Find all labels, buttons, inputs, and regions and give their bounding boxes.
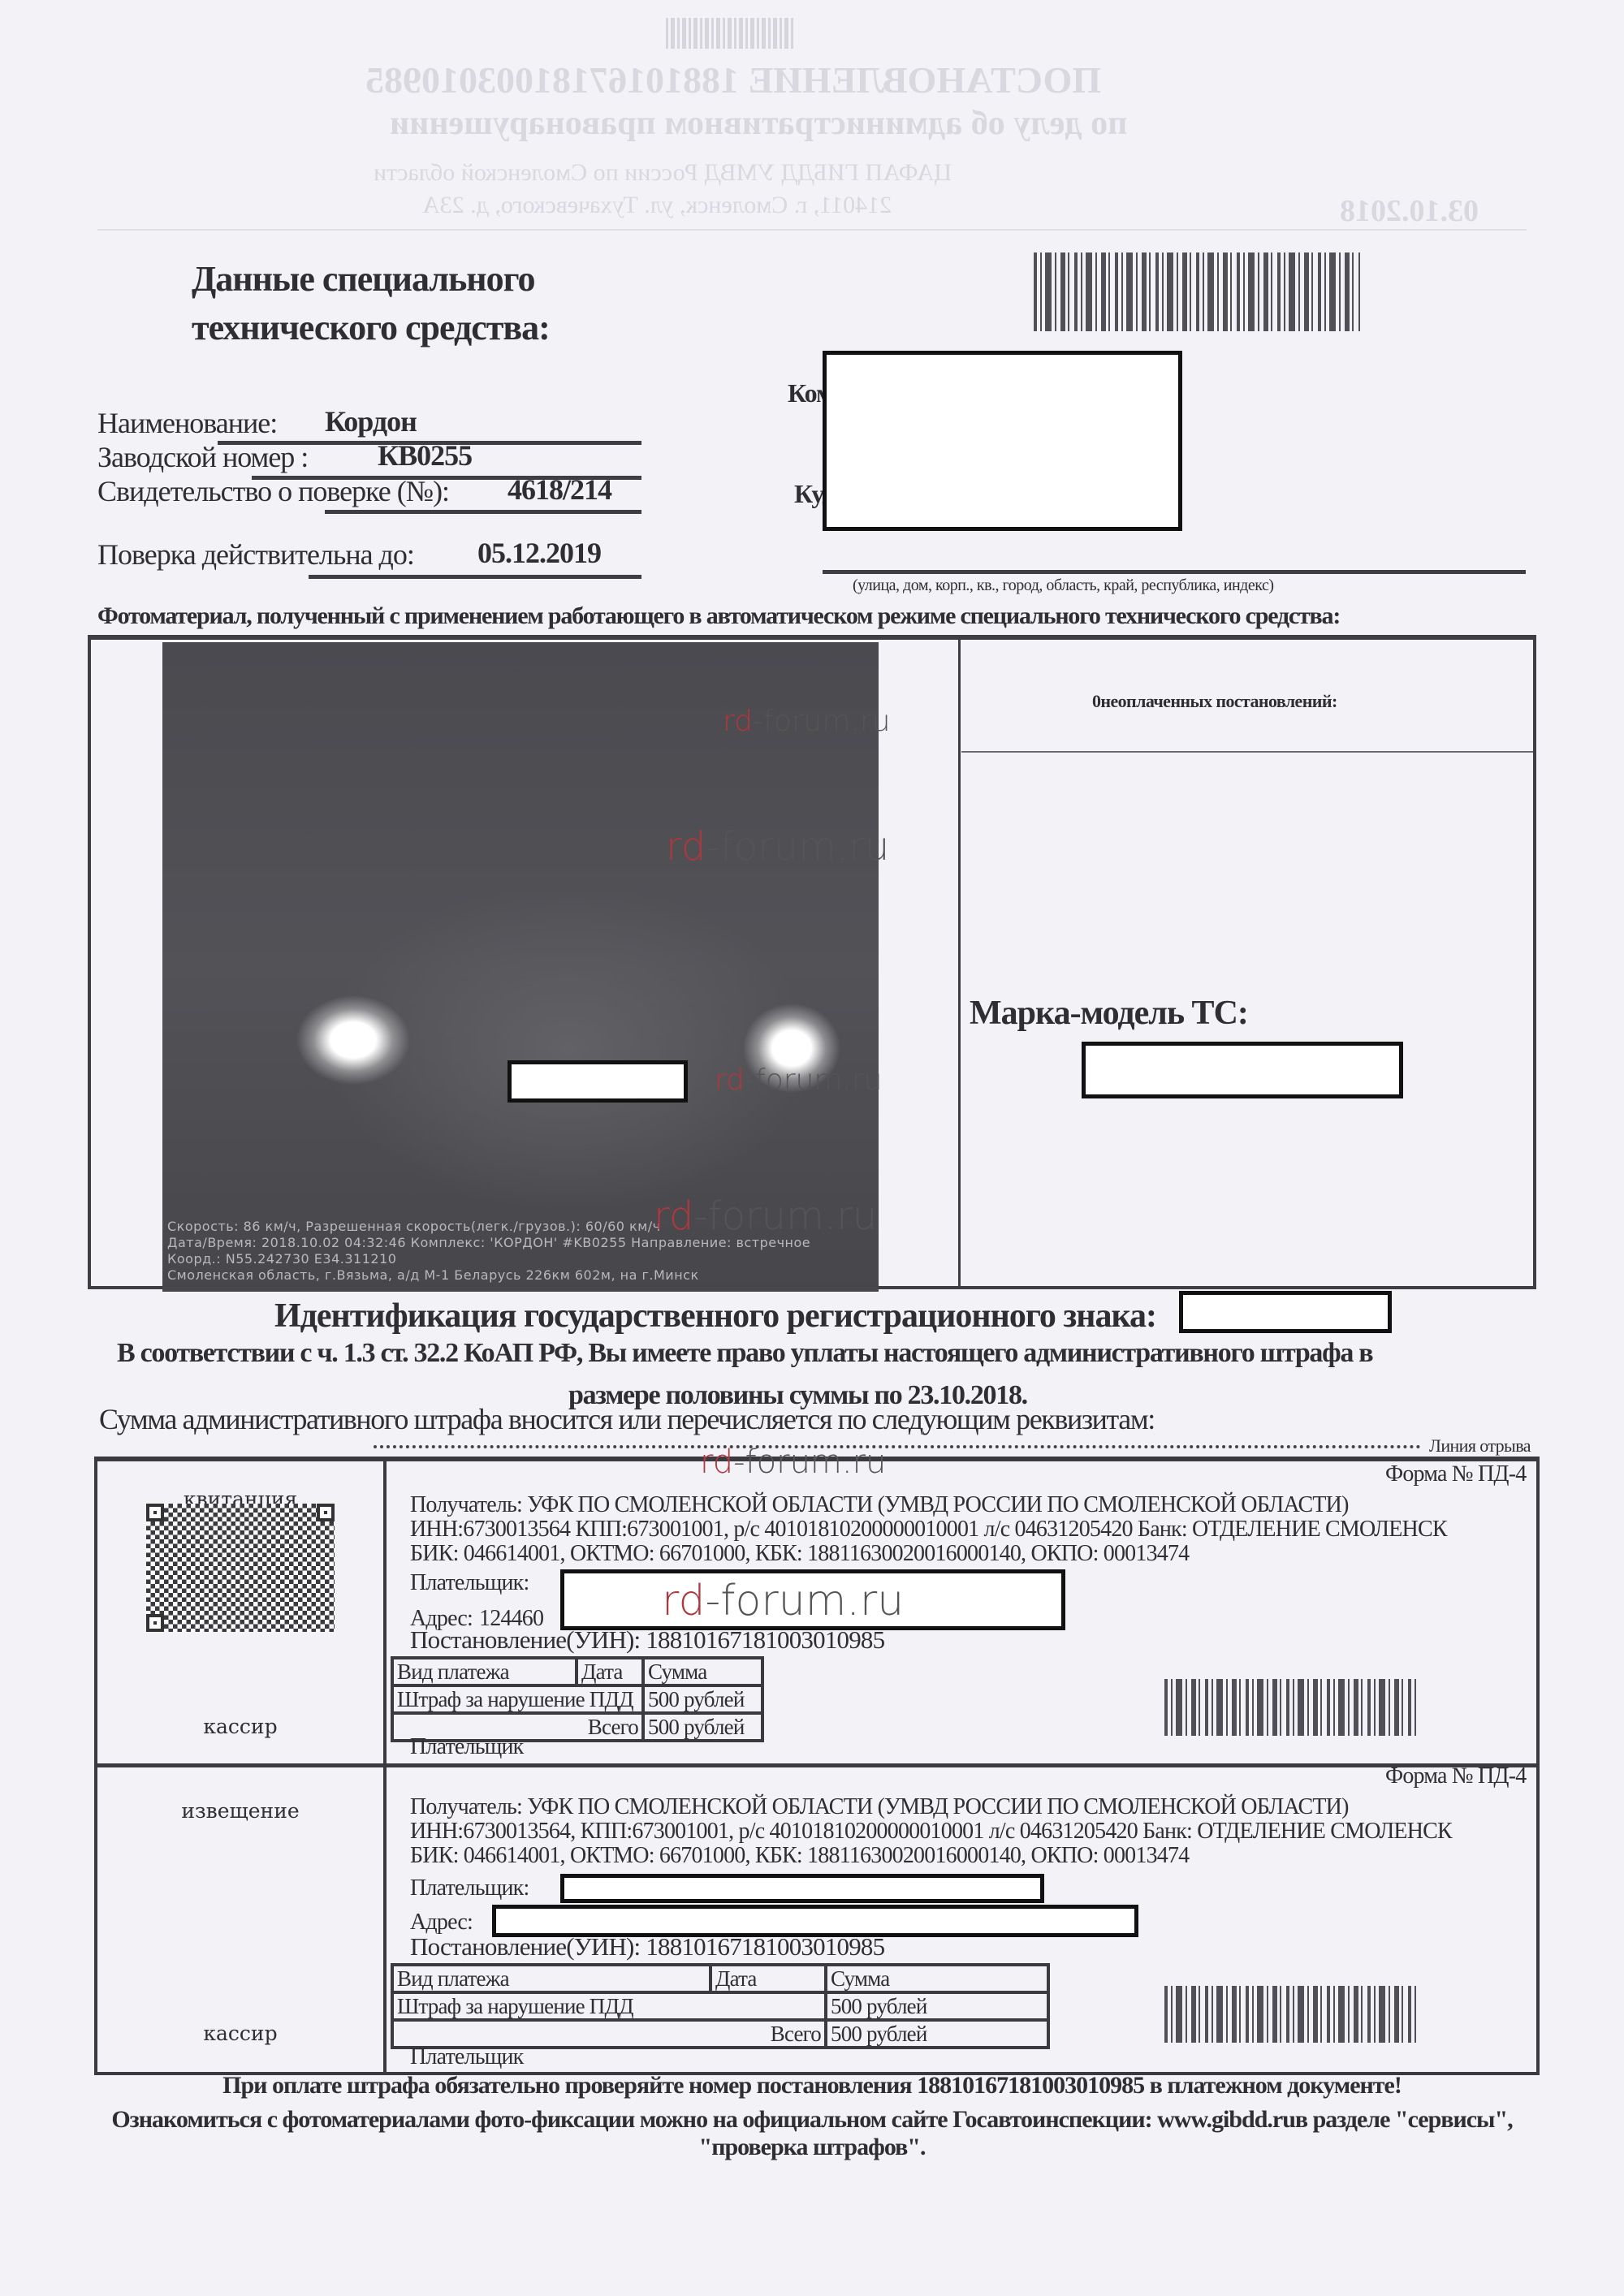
qr-finder (146, 1504, 164, 1521)
unpaid-decrees-label: 0неоплаченных постановлений: (1092, 691, 1337, 712)
receipt-payment-table: Вид платежа Дата Сумма Штраф за нарушени… (391, 1656, 764, 1742)
footer-website-info-cont: "проверка штрафов". (0, 2134, 1624, 2161)
qr-code (146, 1504, 335, 1632)
bleed-through-address: 214011, г. Смоленск, ул. Тухачевского, д… (422, 192, 892, 219)
footer-website-info: Ознакомиться с фотоматериалами фото-фикс… (0, 2106, 1624, 2134)
table-header: Сумма (826, 1965, 1048, 1992)
receipt-recipient: Получатель: УФК ПО СМОЛЕНСКОЙ ОБЛАСТИ (У… (410, 1492, 1349, 1518)
notice-payer-redacted (560, 1874, 1044, 1903)
device-serial-label: Заводской номер : (97, 440, 308, 474)
notice-bank-details: ИНН:6730013564, КПП:673001001, р/с 40101… (410, 1819, 1452, 1845)
tear-line (374, 1445, 1421, 1448)
device-name-label: Наименование: (97, 406, 277, 440)
table-cell: 500 рублей (643, 1685, 762, 1713)
tear-line-label: Линия отрыва (1429, 1435, 1531, 1457)
receipt-signature-label: Плательщик (410, 1734, 523, 1760)
qr-finder (317, 1504, 335, 1521)
device-valid-underline (309, 575, 641, 579)
watermark-rest: -forum.ru (693, 1193, 877, 1239)
photo-plate-redacted (508, 1060, 688, 1103)
notice-signature-label: Плательщик (410, 2044, 523, 2070)
table-header: Вид платежа (392, 1658, 577, 1685)
table-header-row: Вид платежа Дата Сумма (392, 1965, 1048, 1992)
table-header: Сумма (643, 1658, 762, 1685)
caption-coordinates: Коорд.: N55.242730 E34.311210 (167, 1251, 810, 1267)
watermark-red: rd (700, 1444, 733, 1481)
payment-form-horizontal-divider (96, 1763, 1538, 1767)
receipt-payer-redacted: rd-forum.ru (560, 1569, 1065, 1630)
table-header: Дата (710, 1965, 826, 1992)
notice-payment-table: Вид платежа Дата Сумма Штраф за нарушени… (391, 1963, 1050, 2049)
watermark: rd-forum.ru (723, 705, 890, 738)
device-title-line2: технического средства: (192, 307, 550, 349)
watermark: rd-forum.ru (700, 1444, 886, 1481)
notice-recipient: Получатель: УФК ПО СМОЛЕНСКОЙ ОБЛАСТИ (У… (410, 1794, 1349, 1820)
notice-side-label: извещение (97, 1799, 383, 1823)
caption-location: Смоленская область, г.Вязьма, а/д М-1 Бе… (167, 1267, 810, 1284)
receipt-codes: БИК: 046614001, ОКТМО: 66701000, КБК: 18… (410, 1541, 1189, 1567)
device-certificate-value: 4618/214 (508, 473, 611, 507)
watermark-rest: -forum.ru (753, 705, 890, 738)
table-header: Дата (577, 1658, 643, 1685)
bleed-through-title: ПОСТАНОВЛЕНИЕ 18810167181003010985 (365, 58, 1101, 101)
watermark-rest: -forum.ru (705, 1577, 904, 1625)
watermark-red: rd (654, 1193, 693, 1239)
receipt-barcode (1164, 1679, 1416, 1736)
table-header-row: Вид платежа Дата Сумма (392, 1658, 762, 1685)
watermark-red: rd (666, 824, 706, 870)
bleed-through-org: ЦАФАП ГИБДД УМВД России по Смоленской об… (374, 159, 952, 187)
device-name-value: Кордон (325, 404, 417, 438)
recipient-redacted-box (823, 351, 1182, 531)
watermark: rd-forum.ru (654, 1193, 877, 1239)
device-certificate-underline (325, 510, 641, 514)
photo-divider (958, 638, 961, 1288)
watermark: rd-forum.ru (715, 1064, 882, 1097)
unpaid-divider (961, 751, 1533, 753)
watermark-red: rd (662, 1577, 705, 1625)
watermark-rest: -forum.ru (733, 1444, 886, 1481)
recipient-address-hint: (улица, дом, корп., кв., город, область,… (853, 576, 1274, 595)
table-row: Штраф за нарушение ПДД 500 рублей (392, 1992, 1048, 2020)
table-row: Штраф за нарушение ПДД 500 рублей (392, 1685, 762, 1713)
bleed-through-date: 03.10.2018 (1340, 193, 1479, 229)
recipient-address-underline (823, 570, 1526, 574)
qr-finder (146, 1614, 164, 1632)
cashier-label: кассир (97, 1715, 383, 1738)
watermark-red: rd (723, 705, 753, 738)
receipt-payer-label: Плательщик: (410, 1570, 529, 1596)
device-certificate-label: Свидетельство о поверке (№): (97, 474, 449, 508)
cashier-label: кассир (97, 2022, 383, 2045)
receipt-bank-details: ИНН:6730013564 КПП:673001001, р/с 401018… (410, 1517, 1447, 1543)
requisites-heading: Сумма административного штрафа вносится … (99, 1402, 1155, 1436)
watermark-rest: -forum.ru (745, 1064, 882, 1097)
vehicle-model-redacted (1082, 1042, 1403, 1098)
watermark: rd-forum.ru (662, 1577, 904, 1625)
table-total-value: 500 рублей (643, 1713, 762, 1741)
table-cell: Штраф за нарушение ПДД (392, 1685, 643, 1713)
form-number-label: Форма № ПД-4 (1385, 1461, 1526, 1487)
photo-section-heading: Фотоматериал, полученный с применением р… (97, 602, 1340, 630)
plate-redacted (1179, 1291, 1392, 1333)
table-total-label: Всего (392, 2020, 826, 2048)
device-serial-value: КВ0255 (378, 438, 472, 473)
form-number-label: Форма № ПД-4 (1385, 1763, 1526, 1789)
table-cell: Штраф за нарушение ПДД (392, 1992, 826, 2020)
device-valid-value: 05.12.2019 (477, 536, 601, 570)
bleed-through-rule (97, 229, 1527, 231)
watermark: rd-forum.ru (666, 824, 889, 870)
notice-codes: БИК: 046614001, ОКТМО: 66701000, КБК: 18… (410, 1843, 1189, 1869)
table-total-value: 500 рублей (826, 2020, 1048, 2048)
bleed-through-subtitle: по делу об административном правонарушен… (390, 104, 1127, 143)
discount-notice-line1: В соответствии с ч. 1.3 ст. 32.2 КоАП РФ… (117, 1338, 1372, 1369)
notice-decree-number: Постановление(УИН): 18810167181003010985 (410, 1934, 884, 1960)
document-barcode (1034, 252, 1360, 331)
receipt-decree-number: Постановление(УИН): 18810167181003010985 (410, 1627, 884, 1653)
footer-check-number: При оплате штрафа обязательно проверяйте… (0, 2072, 1624, 2100)
plate-label: Идентификация государственного регистрац… (274, 1295, 1156, 1337)
device-valid-label: Поверка действительна до: (97, 537, 414, 572)
table-cell: 500 рублей (826, 1992, 1048, 2020)
watermark-rest: -forum.ru (706, 824, 889, 870)
table-total-row: Всего 500 рублей (392, 2020, 1048, 2048)
device-title-line1: Данные специального (192, 258, 550, 300)
bleed-through-barcode (666, 18, 796, 49)
notice-payer-label: Плательщик: (410, 1875, 529, 1901)
device-section-title: Данные специального технического средств… (192, 258, 550, 349)
vehicle-model-label: Марка-модель ТС: (970, 992, 1248, 1034)
table-header: Вид платежа (392, 1965, 710, 1992)
notice-barcode (1164, 1986, 1416, 2043)
watermark-red: rd (715, 1064, 745, 1097)
